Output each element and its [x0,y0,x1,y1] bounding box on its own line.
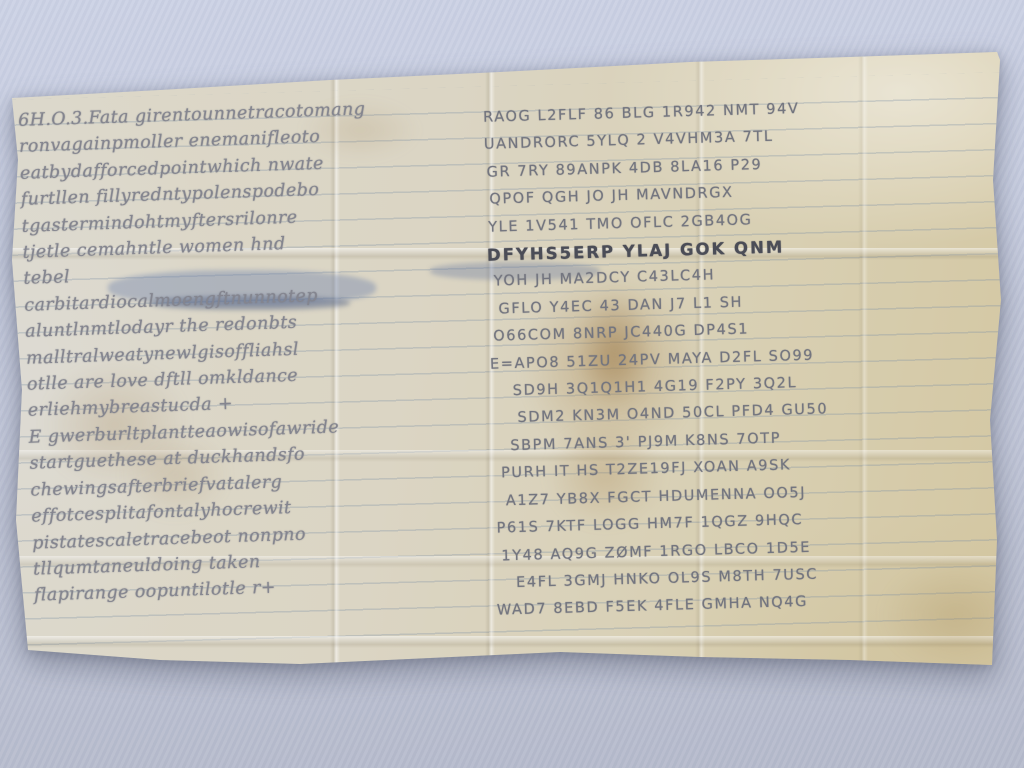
handwritten-text-column: 6H.O.3.Fata girentounnetracotomangronvag… [18,96,382,609]
photograph: 6H.O.3.Fata girentounnetracotomangronvag… [0,0,1024,768]
paper-sheet: 6H.O.3.Fata girentounnetracotomangronvag… [0,0,1024,768]
fold-crease-horizontal [0,636,1024,648]
cipher-code-column: RAOG L2FLF 86 BLG 1R942 NMT 94VUANDRORC … [483,95,834,625]
fold-crease-vertical [858,0,868,768]
paper-shadow: 6H.O.3.Fata girentounnetracotomangronvag… [0,0,1024,768]
brown-stain [880,560,1024,670]
